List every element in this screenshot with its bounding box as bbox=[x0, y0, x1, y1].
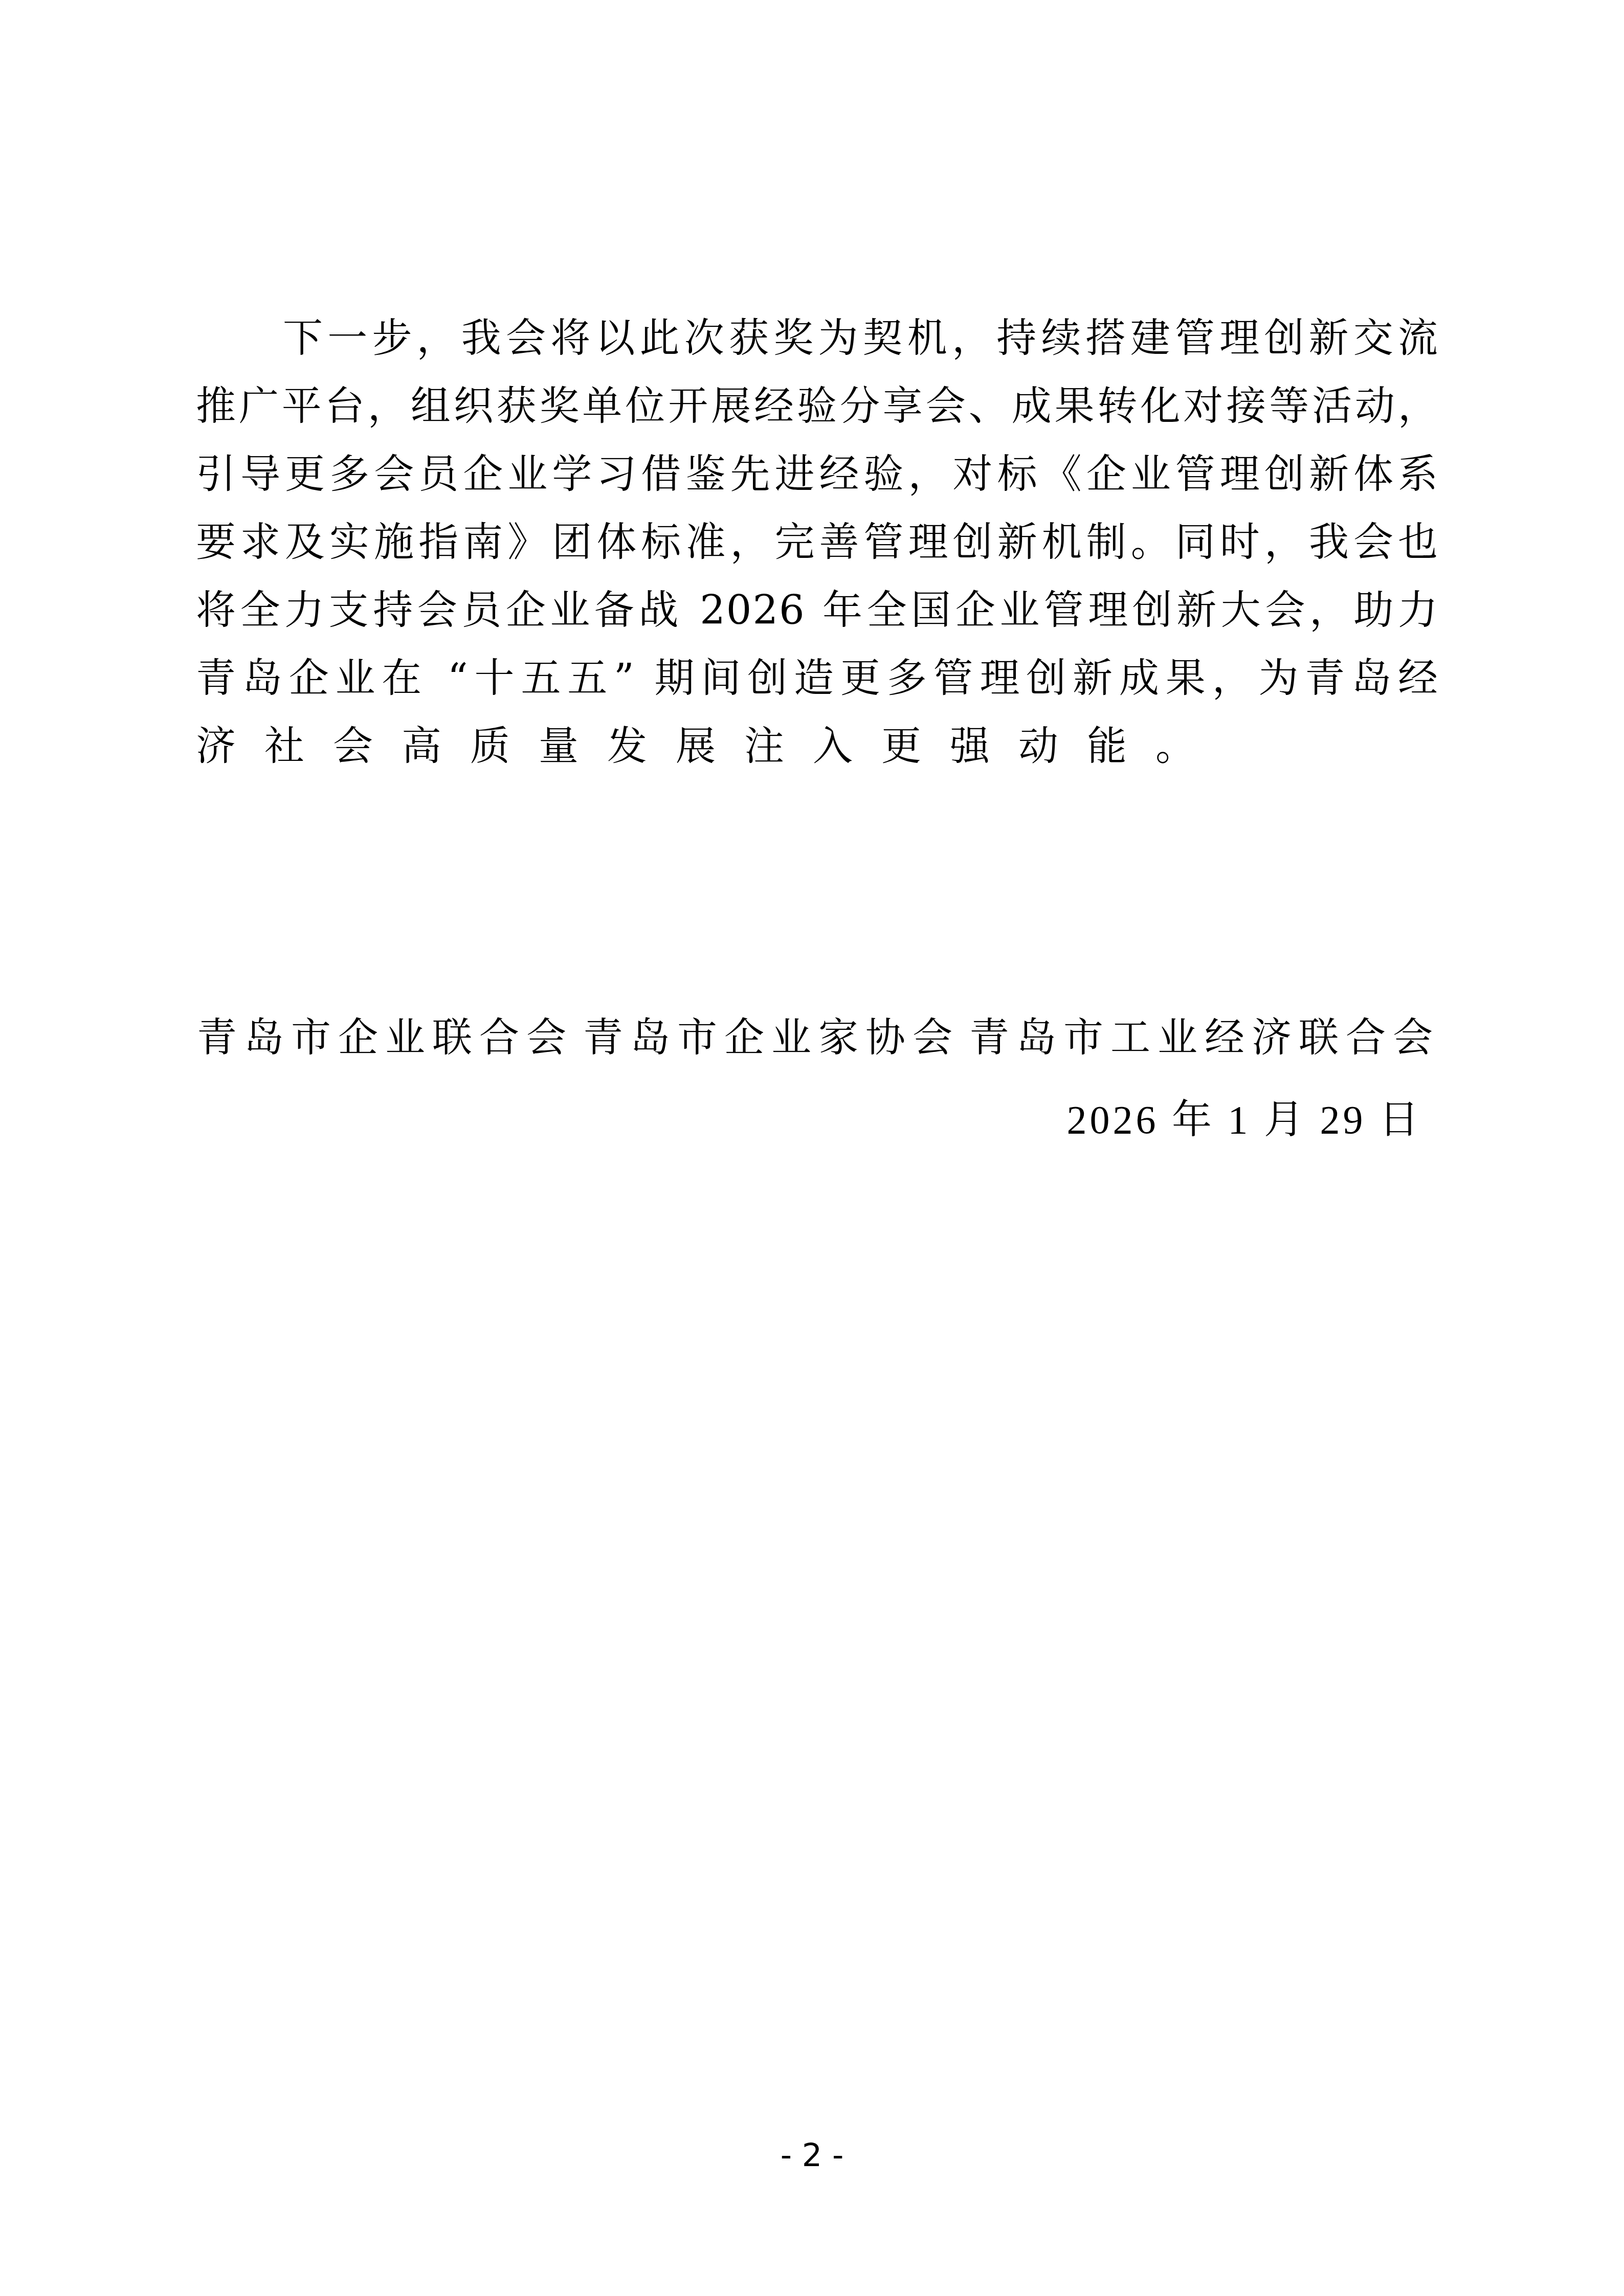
body-paragraph: 下一步，我会将以此次获奖为契机，持续搭建管理创新交流 推广平台，组织获奖单位开展… bbox=[196, 305, 1439, 781]
signature-org-entrepreneurs-association: 青岛市企业家协会 bbox=[583, 1010, 960, 1066]
paragraph-line: 推广平台，组织获奖单位开展经验分享会、成果转化对接等活动， bbox=[196, 373, 1439, 441]
page-number: - 2 - bbox=[0, 2132, 1624, 2178]
signature-org-enterprise-confederation: 青岛市企业联合会 bbox=[197, 1010, 573, 1066]
paragraph-line: 将全力支持会员企业备战 2026 年全国企业管理创新大会，助力 bbox=[196, 577, 1439, 645]
paragraph-line: 济社会高质量发展注入更强动能。 bbox=[196, 713, 1439, 781]
paragraph-line: 引导更多会员企业学习借鉴先进经验，对标《企业管理创新体系 bbox=[196, 441, 1439, 509]
paragraph-line: 下一步，我会将以此次获奖为契机，持续搭建管理创新交流 bbox=[196, 305, 1439, 373]
signature-date: 2026 年 1 月 29 日 bbox=[1066, 1089, 1422, 1151]
paragraph-line: 要求及实施指南》团体标准，完善管理创新机制。同时，我会也 bbox=[196, 509, 1439, 577]
paragraph-line: 青岛企业在 “十五五” 期间创造更多管理创新成果，为青岛经 bbox=[196, 645, 1439, 713]
signature-org-industrial-economic-federation: 青岛市工业经济联合会 bbox=[969, 1010, 1440, 1066]
signature-organizations: 青岛市企业联合会 青岛市企业家协会 青岛市工业经济联合会 bbox=[197, 1010, 1440, 1066]
document-page: 下一步，我会将以此次获奖为契机，持续搭建管理创新交流 推广平台，组织获奖单位开展… bbox=[0, 0, 1624, 2296]
